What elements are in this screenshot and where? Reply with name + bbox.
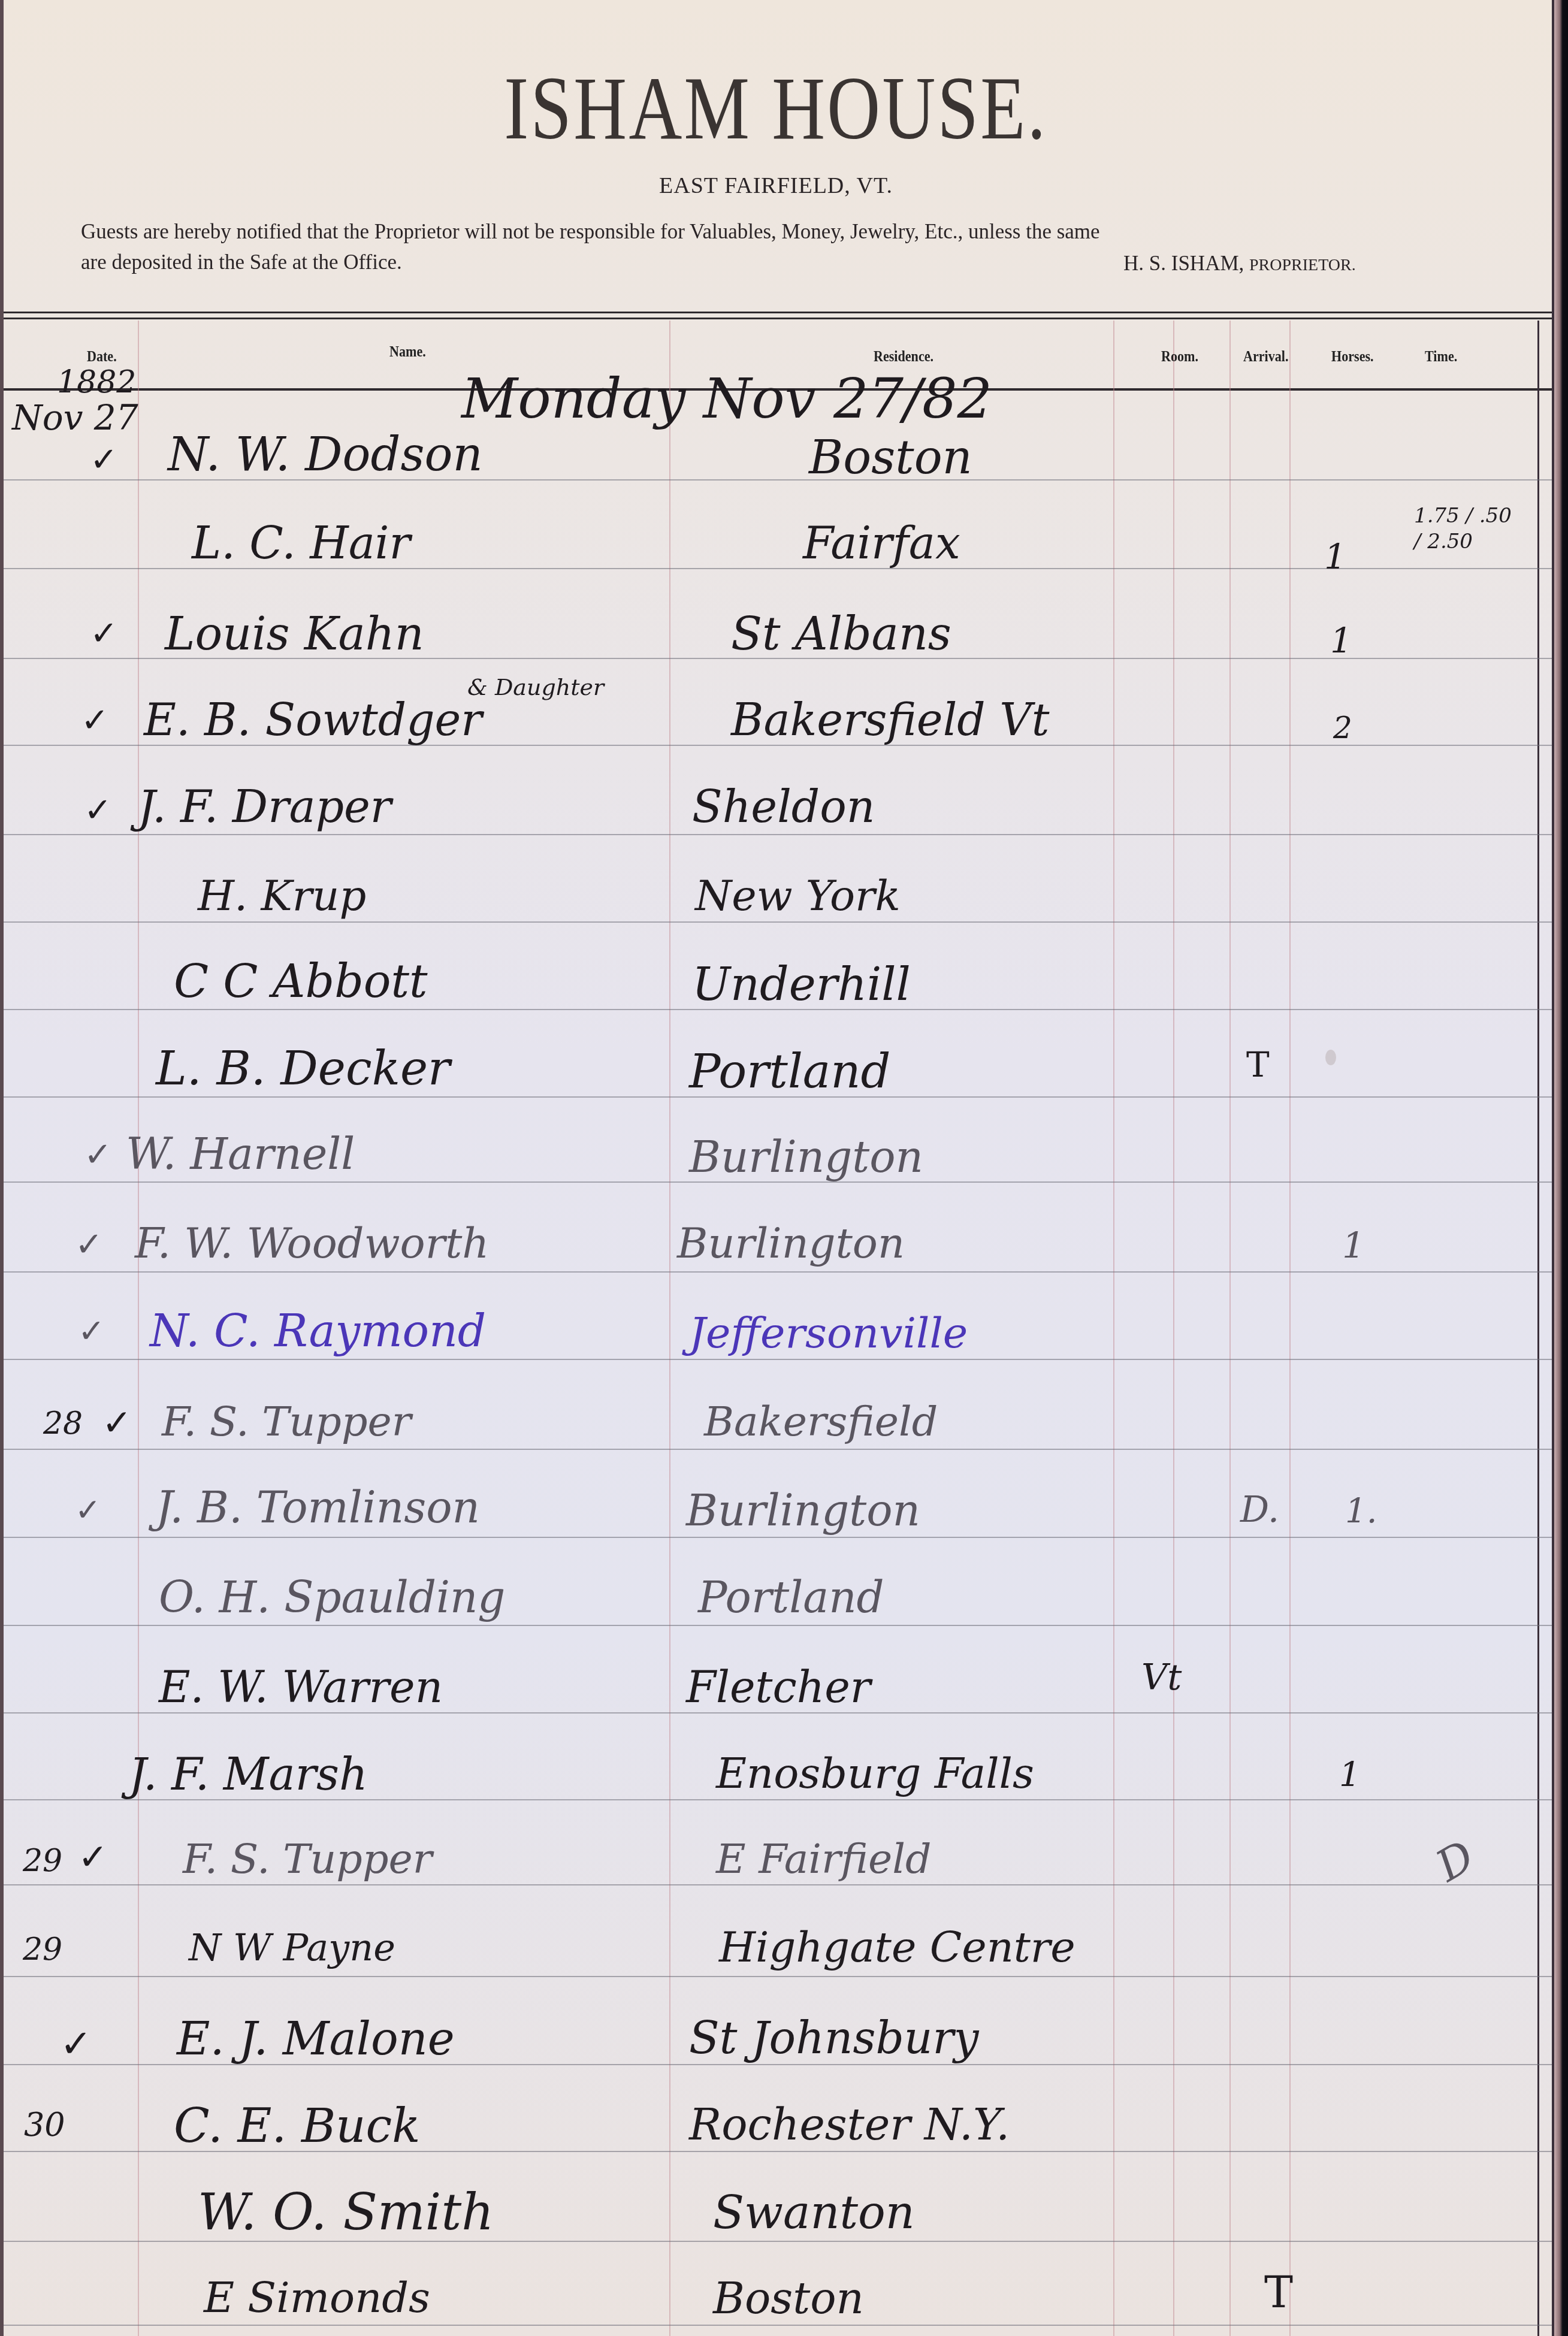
row-rule — [4, 921, 1552, 923]
guest-residence: New York — [695, 875, 901, 917]
guest-name: H. Krup — [198, 875, 366, 917]
guest-residence: Highgate Centre — [719, 1926, 1075, 1968]
guest-residence: Enosburg Falls — [716, 1752, 1034, 1794]
page-right-rule — [1537, 321, 1539, 2336]
hotel-location: EAST FAIRFIELD, VT. — [0, 173, 1552, 199]
proprietor-signature: H. S. ISHAM, PROPRIETOR. — [1123, 252, 1356, 276]
guest-residence: Underhill — [692, 962, 911, 1007]
header-rule-top — [4, 312, 1552, 313]
heading-year: 1882 — [57, 367, 136, 398]
checkmark-icon: ✓ — [102, 1405, 132, 1441]
checkmark-icon: ✓ — [84, 794, 112, 827]
guest-room: Vt — [1141, 1660, 1182, 1696]
register-page: ISHAM HOUSE. EAST FAIRFIELD, VT. Guests … — [0, 0, 1554, 2336]
row-rule — [4, 1976, 1552, 1977]
guest-residence: Jeffersonville — [689, 1312, 968, 1354]
checkmark-icon: ✓ — [84, 1138, 112, 1172]
date-column-rule — [138, 321, 139, 2336]
guest-name: W. Harnell — [126, 1132, 355, 1175]
guest-residence: Bakersfield — [704, 1402, 938, 1443]
column-header-time: Time. — [1425, 347, 1457, 365]
guest-name: J. F. Draper — [138, 785, 391, 829]
guest-date: 28 — [43, 1408, 83, 1439]
horses-column-rule — [1289, 321, 1291, 2336]
guest-name: F. S. Tupper — [183, 1839, 432, 1880]
notice-line-1: Guests are hereby notified that the Prop… — [81, 219, 1507, 245]
guest-name: L. C. Hair — [192, 521, 410, 566]
guest-name: C. E. Buck — [174, 2103, 421, 2150]
checkmark-icon: ✓ — [90, 443, 118, 477]
column-header-name: Name. — [389, 343, 426, 361]
name-column-rule — [669, 321, 670, 2336]
guest-name: O. H. Spaulding — [159, 1576, 505, 1619]
guest-residence: Swanton — [713, 2190, 915, 2235]
guest-residence: Portland — [698, 1576, 884, 1619]
checkmark-icon: ✓ — [75, 1228, 103, 1262]
book-binding — [1554, 0, 1568, 2336]
guest-arrival-mark: T — [1246, 1047, 1270, 1082]
guest-name: Louis Kahn — [165, 611, 424, 657]
guest-name: N. C. Raymond — [150, 1309, 486, 1353]
guest-name: F. W. Woodworth — [135, 1222, 489, 1264]
guest-date: 30 — [24, 2109, 65, 2141]
guest-date: 29 — [23, 1934, 62, 1965]
guest-horses: 1 — [1324, 539, 1346, 574]
row-rule — [4, 2325, 1552, 2326]
guest-horses: 1. — [1345, 1495, 1377, 1528]
guest-name: W. O. Smith — [198, 2187, 494, 2237]
row-rule — [4, 1449, 1552, 1450]
guest-name: N W Payne — [189, 1929, 395, 1966]
guest-horses: 1 — [1330, 623, 1352, 658]
guest-residence: Boston — [713, 2277, 864, 2320]
guest-residence: St Albans — [731, 611, 951, 657]
arrival-column-rule — [1229, 321, 1231, 2336]
guest-name: E. J. Malone — [177, 2016, 455, 2062]
proprietor-name: H. S. ISHAM, — [1123, 252, 1249, 275]
heading-date: Nov 27 — [12, 400, 138, 435]
hotel-title: ISHAM HOUSE. — [140, 57, 1412, 160]
column-header-residence: Residence. — [874, 347, 933, 365]
guest-residence: Burlington — [686, 1489, 920, 1532]
guest-horses: 1 — [1339, 1758, 1361, 1792]
room-column-rule — [1173, 321, 1174, 2336]
row-rule — [4, 1625, 1552, 1626]
checkmark-icon: ✓ — [60, 2025, 92, 2063]
guest-residence: Fairfax — [803, 521, 960, 566]
row-rule — [4, 834, 1552, 835]
guest-residence: Portland — [689, 1048, 891, 1095]
checkmark-icon: ✓ — [78, 1315, 105, 1347]
row-rule — [4, 1884, 1552, 1885]
guest-name: E. W. Warren — [159, 1666, 443, 1709]
checkmark-icon: ✓ — [75, 1495, 101, 1526]
guest-residence: Burlington — [677, 1222, 905, 1264]
header-rule-second — [4, 318, 1552, 319]
ink-blot — [1325, 1050, 1336, 1065]
row-rule — [4, 1712, 1552, 1714]
notice-line-2: are deposited in the Safe at the Office. — [81, 250, 402, 274]
guest-residence: E Fairfield — [716, 1839, 932, 1880]
guest-time-tally: 1.75 / .50 / 2.50 — [1414, 503, 1522, 554]
guest-residence: Bakersfield Vt — [731, 698, 1049, 742]
guest-residence: Burlington — [689, 1135, 923, 1178]
residence-column-rule — [1113, 321, 1114, 2336]
proprietor-title: PROPRIETOR. — [1249, 256, 1356, 274]
column-header-arrival: Arrival. — [1243, 347, 1288, 365]
guest-residence: Boston — [809, 434, 972, 481]
row-rule — [4, 1537, 1552, 1538]
checkmark-icon: ✓ — [78, 1839, 108, 1875]
column-header-room: Room. — [1161, 347, 1198, 365]
guest-name: J. F. Marsh — [129, 1752, 368, 1797]
column-header-date: Date. — [87, 347, 117, 365]
guest-residence: Rochester N.Y. — [689, 2103, 1010, 2146]
guest-residence: Sheldon — [692, 785, 875, 829]
guest-horses: 2 — [1333, 713, 1352, 743]
page-left-edge — [0, 0, 4, 2336]
guest-residence: St Johnsbury — [689, 2016, 979, 2060]
guest-name: E. B. Sowtdger — [144, 698, 482, 742]
guest-horses-mark: T — [1264, 2271, 1293, 2314]
guest-time-mark: D — [1430, 1833, 1481, 1888]
guest-residence: Fletcher — [686, 1666, 871, 1709]
guest-arrival: D. — [1240, 1492, 1279, 1528]
checkmark-icon: ✓ — [90, 617, 118, 651]
day-heading: Monday Nov 27/82 — [461, 371, 992, 427]
column-header-horses: Horses. — [1331, 347, 1374, 365]
guest-name: J. B. Tomlinson — [156, 1486, 480, 1529]
row-rule — [4, 1359, 1552, 1360]
guest-horses: 1 — [1342, 1228, 1365, 1264]
row-rule — [4, 1271, 1552, 1273]
guest-name: E Simonds — [204, 2277, 430, 2319]
guest-name: L. B. Decker — [156, 1045, 450, 1092]
guest-name: C C Abbott — [174, 959, 428, 1004]
guest-date: 29 — [23, 1845, 62, 1876]
guest-name: F. S. Tupper — [162, 1402, 411, 1443]
checkmark-icon: ✓ — [81, 704, 109, 738]
guest-name-note: & Daughter — [467, 676, 604, 699]
guest-name: N. W. Dodson — [168, 431, 483, 478]
